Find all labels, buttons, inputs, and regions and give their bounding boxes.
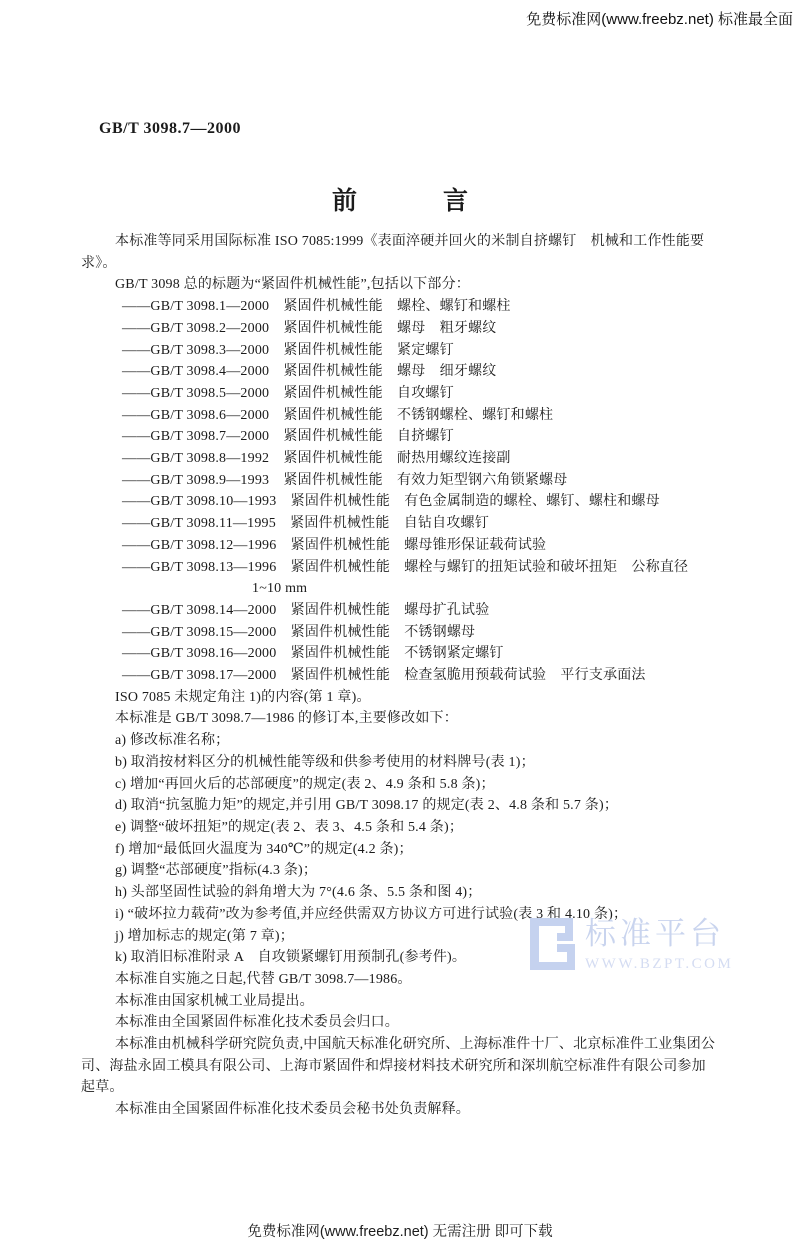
page-title: 前言	[0, 181, 800, 217]
body-line: ——GB/T 3098.17—2000 紧固件机械性能 检查氢脆用预载荷试验 平…	[81, 665, 741, 687]
body-line: 本标准等同采用国际标准 ISO 7085:1999《表面淬硬并回火的米制自挤螺钉…	[81, 231, 741, 253]
body-line: g) 调整“芯部硬度”指标(4.3 条)；	[81, 860, 741, 882]
body-line: ISO 7085 未规定角注 1)的内容(第 1 章)。	[81, 687, 741, 709]
body-line: ——GB/T 3098.7—2000 紧固件机械性能 自挤螺钉	[81, 426, 741, 448]
bottom-banner-text: 免费标准网(www.freebz.net) 无需注册 即可下载	[0, 1220, 800, 1241]
body-line: ——GB/T 3098.16—2000 紧固件机械性能 不锈钢紧定螺钉	[81, 643, 741, 665]
body-line: ——GB/T 3098.14—2000 紧固件机械性能 螺母扩孔试验	[81, 600, 741, 622]
title-char-first: 前	[332, 188, 357, 215]
body-line: i) “破坏拉力载荷”改为参考值,并应经供需双方协议方可进行试验(表 3 和 4…	[81, 904, 741, 926]
body-line: ——GB/T 3098.6—2000 紧固件机械性能 不锈钢螺栓、螺钉和螺柱	[81, 405, 741, 427]
body-line: ——GB/T 3098.2—2000 紧固件机械性能 螺母 粗牙螺纹	[81, 318, 741, 340]
body-line: ——GB/T 3098.3—2000 紧固件机械性能 紧定螺钉	[81, 340, 741, 362]
body-line: 本标准由全国紧固件标准化技术委员会归口。	[81, 1012, 741, 1034]
body-line: GB/T 3098 总的标题为“紧固件机械性能”,包括以下部分：	[81, 274, 741, 296]
body-line: 司、海盐永固工模具有限公司、上海市紧固件和焊接材料技术研究所和深圳航空标准件有限…	[81, 1056, 741, 1078]
body-line: a) 修改标准名称；	[81, 730, 741, 752]
body-line: e) 调整“破坏扭矩”的规定(表 2、表 3、4.5 条和 5.4 条)；	[81, 817, 741, 839]
body-line: ——GB/T 3098.8—1992 紧固件机械性能 耐热用螺纹连接副	[81, 448, 741, 470]
body-line: d) 取消“抗氢脆力矩”的规定,并引用 GB/T 3098.17 的规定(表 2…	[81, 795, 741, 817]
document-page: 免费标准网(www.freebz.net) 标准最全面 GB/T 3098.7—…	[0, 0, 800, 1247]
body-line: ——GB/T 3098.10—1993 紧固件机械性能 有色金属制造的螺栓、螺钉…	[81, 491, 741, 513]
body-line: ——GB/T 3098.15—2000 紧固件机械性能 不锈钢螺母	[81, 622, 741, 644]
body-line: ——GB/T 3098.9—1993 紧固件机械性能 有效力矩型钢六角锁紧螺母	[81, 470, 741, 492]
body-line: ——GB/T 3098.4—2000 紧固件机械性能 螺母 细牙螺纹	[81, 361, 741, 383]
body-line: 本标准是 GB/T 3098.7—1986 的修订本,主要修改如下：	[81, 708, 741, 730]
body-line: 1~10 mm	[81, 578, 741, 600]
body-line: 本标准自实施之日起,代替 GB/T 3098.7—1986。	[81, 969, 741, 991]
body-line: ——GB/T 3098.12—1996 紧固件机械性能 螺母锥形保证载荷试验	[81, 535, 741, 557]
body-line: h) 头部坚固性试验的斜角增大为 7°(4.6 条、5.5 条和图 4)；	[81, 882, 741, 904]
body-line: b) 取消按材料区分的机械性能等级和供参考使用的材料牌号(表 1)；	[81, 752, 741, 774]
title-char-second: 言	[443, 188, 468, 215]
body-line: 本标准由国家机械工业局提出。	[81, 991, 741, 1013]
body-line: k) 取消旧标准附录 A 自攻锁紧螺钉用预制孔(参考件)。	[81, 947, 741, 969]
body-text: 本标准等同采用国际标准 ISO 7085:1999《表面淬硬并回火的米制自挤螺钉…	[81, 231, 741, 1121]
body-line: j) 增加标志的规定(第 7 章)；	[81, 926, 741, 948]
body-line: ——GB/T 3098.13—1996 紧固件机械性能 螺栓与螺钉的扭矩试验和破…	[81, 557, 741, 579]
body-line: ——GB/T 3098.11—1995 紧固件机械性能 自钻自攻螺钉	[81, 513, 741, 535]
top-banner-text: 免费标准网(www.freebz.net) 标准最全面	[526, 8, 793, 29]
body-line: 本标准由全国紧固件标准化技术委员会秘书处负责解释。	[81, 1099, 741, 1121]
body-line: 求》。	[81, 253, 741, 275]
body-line: c) 增加“再回火后的芯部硬度”的规定(表 2、4.9 条和 5.8 条)；	[81, 774, 741, 796]
body-line: 本标准由机械科学研究院负责,中国航天标准化研究所、上海标准件十厂、北京标准件工业…	[81, 1034, 741, 1056]
body-line: f) 增加“最低回火温度为 340℃”的规定(4.2 条)；	[81, 839, 741, 861]
body-line: ——GB/T 3098.1—2000 紧固件机械性能 螺栓、螺钉和螺柱	[81, 296, 741, 318]
body-line: ——GB/T 3098.5—2000 紧固件机械性能 自攻螺钉	[81, 383, 741, 405]
body-line: 起草。	[81, 1077, 741, 1099]
doc-number: GB/T 3098.7—2000	[99, 120, 241, 138]
